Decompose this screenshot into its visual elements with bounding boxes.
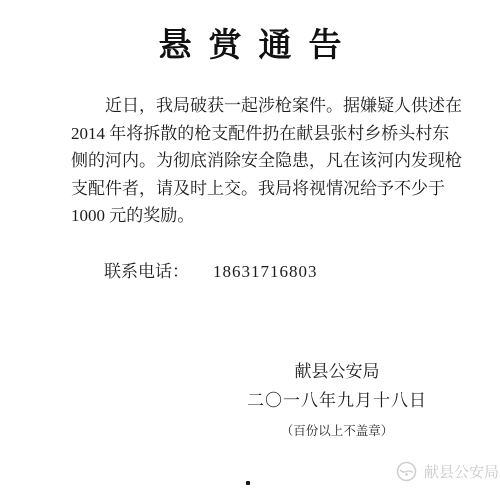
signature-block: 献县公安局 二〇一八年九月十八日 （百份以上不盖章） [228, 362, 446, 439]
body-line: 支配件者，请及时上交。我局将视情况给予不少于 [71, 175, 446, 203]
stray-dot-mark [246, 481, 250, 485]
seal-note: （百份以上不盖章） [228, 424, 446, 439]
notice-title: 悬赏通告 [0, 19, 500, 66]
issuing-organization: 献县公安局 [228, 362, 446, 382]
issue-date: 二〇一八年九月十八日 [228, 391, 446, 411]
contact-phone-number: 18631716803 [213, 262, 318, 281]
body-line: 1000 元的奖励。 [71, 202, 446, 230]
body-line: 侧的河内。为彻底消除安全隐患，凡在该河内发现枪 [71, 147, 446, 175]
body-line: 2014 年将拆散的枪支配件扔在献县张村乡桥头村东 [71, 120, 446, 148]
watermark-label: 献县公安局 [424, 461, 499, 482]
reward-notice-document: 悬赏通告 近日，我局破获一起涉枪案件。据嫌疑人供述在 2014 年将拆散的枪支配… [0, 0, 500, 494]
contact-label: 联系电话： [104, 262, 189, 281]
body-line: 近日，我局破获一起涉枪案件。据嫌疑人供述在 [71, 92, 446, 120]
police-badge-icon [396, 461, 417, 482]
contact-line: 联系电话：18631716803 [104, 257, 318, 282]
watermark: 献县公安局 [396, 461, 499, 482]
notice-body: 近日，我局破获一起涉枪案件。据嫌疑人供述在 2014 年将拆散的枪支配件扔在献县… [71, 92, 446, 230]
